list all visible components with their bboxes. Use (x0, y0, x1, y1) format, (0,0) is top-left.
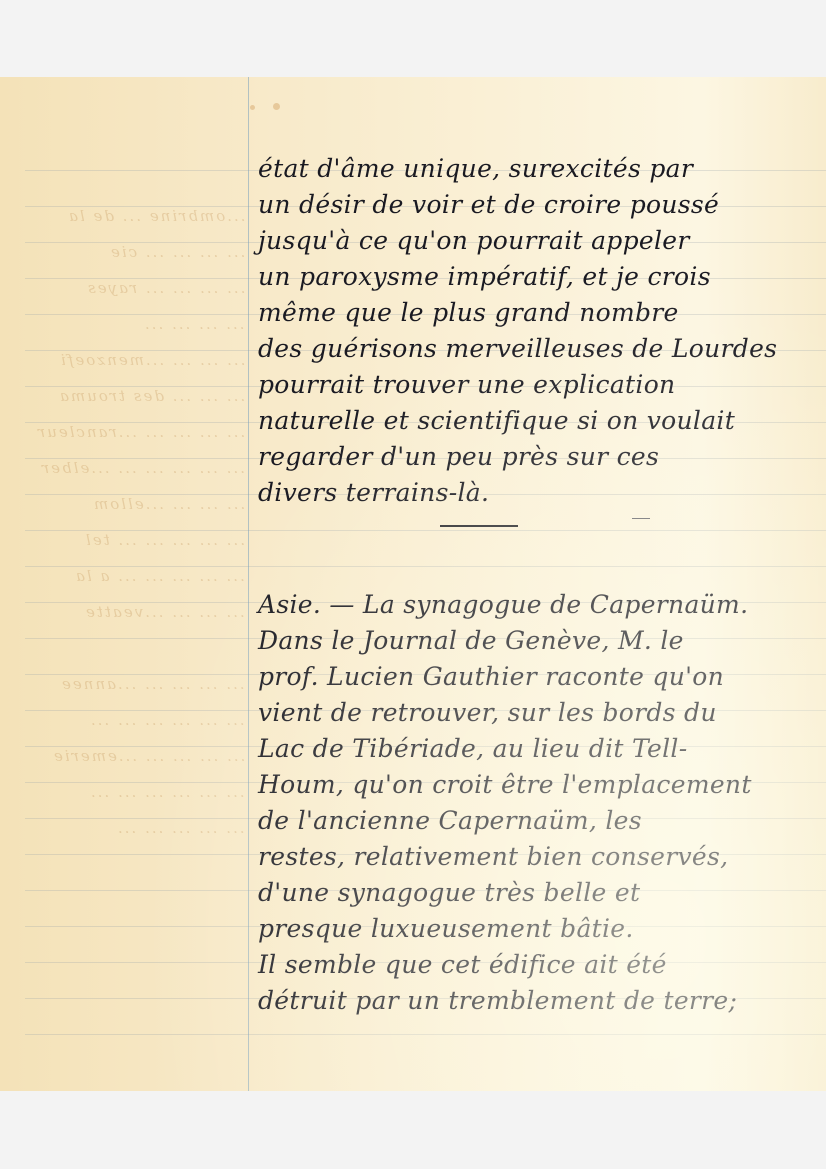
handwritten-line: Houm, qu'on croit être l'emplacement (258, 767, 822, 803)
bleed-line: ... ... ... ... ...emerie (52, 747, 245, 761)
bleed-line: ... ... ... ... cie (109, 243, 245, 257)
handwritten-line: des guérisons merveilleuses de Lourdes (258, 331, 822, 367)
handwritten-line: presque luxueusement bâtie. (258, 911, 822, 947)
handwritten-line: un paroxysme impératif, et je crois (258, 259, 822, 295)
bleed-line: ... ... ... ... ...rancleur (36, 423, 245, 437)
section-heading: Asie. — La synagogue de Capernaüm. (258, 587, 822, 623)
handwritten-line: prof. Lucien Gauthier raconte qu'on (258, 659, 822, 695)
handwritten-line: Lac de Tibériade, au lieu dit Tell- (258, 731, 822, 767)
bleed-line: ... ... ... ... ... (116, 819, 245, 833)
handwritten-line: pourrait trouver une explication (258, 367, 822, 403)
bleed-line: ... ... ... ... ... tel (84, 531, 245, 545)
section-divider (440, 525, 518, 527)
bleed-through-text: ...ombrine ... de la ... ... ... ... cie… (0, 77, 245, 1091)
handwritten-line: naturelle et scientifique si on voulait (258, 403, 822, 439)
paper-stain (273, 103, 280, 110)
handwritten-line: regarder d'un peu près sur ces (258, 439, 822, 475)
handwritten-line: Il semble que cet édifice ait été (258, 947, 822, 983)
handwritten-line: divers terrains-là. (258, 475, 822, 511)
bleed-line: ... ... ... ...ellom (92, 495, 245, 509)
bleed-line: ... ... ... ... rayes (86, 279, 245, 293)
bleed-line: ... ... ... ... (143, 315, 245, 329)
handwritten-line: jusqu'à ce qu'on pourrait appeler (258, 223, 822, 259)
handwritten-line: restes, relativement bien conservés, (258, 839, 822, 875)
handwritten-line: détruit par un tremblement de terre; (258, 983, 822, 1019)
handwritten-line: d'une synagogue très belle et (258, 875, 822, 911)
bleed-line: ... ... ... ... ... a la (74, 567, 245, 581)
bleed-line: ... ... ... ... ...annee (60, 675, 245, 689)
handwritten-line: Dans le Journal de Genève, M. le (258, 623, 822, 659)
handwritten-line: de l'ancienne Capernaüm, les (258, 803, 822, 839)
bleed-line: ... ... ... ... ... ... (89, 711, 245, 725)
bleed-line: ...ombrine ... de la (67, 207, 246, 221)
margin-line (248, 77, 249, 1091)
handwritten-line: état d'âme unique, surexcités par (258, 151, 822, 187)
bleed-line: ... ... ... des trouma (58, 387, 245, 401)
bleed-line: ... ... ... ... ... ... (89, 783, 245, 797)
bleed-line: ... ... ... ...veatte (84, 603, 245, 617)
small-dash (632, 518, 650, 519)
handwritten-line: même que le plus grand nombre (258, 295, 822, 331)
handwritten-line: vient de retrouver, sur les bords du (258, 695, 822, 731)
bleed-line: ... ... ... ...menzoefi (59, 351, 245, 365)
handwritten-line: un désir de voir et de croire poussé (258, 187, 822, 223)
bleed-line: ... ... ... ... ... ...elber (40, 459, 245, 473)
paper-stain (250, 105, 255, 110)
manuscript-page: ...ombrine ... de la ... ... ... ... cie… (0, 77, 826, 1091)
